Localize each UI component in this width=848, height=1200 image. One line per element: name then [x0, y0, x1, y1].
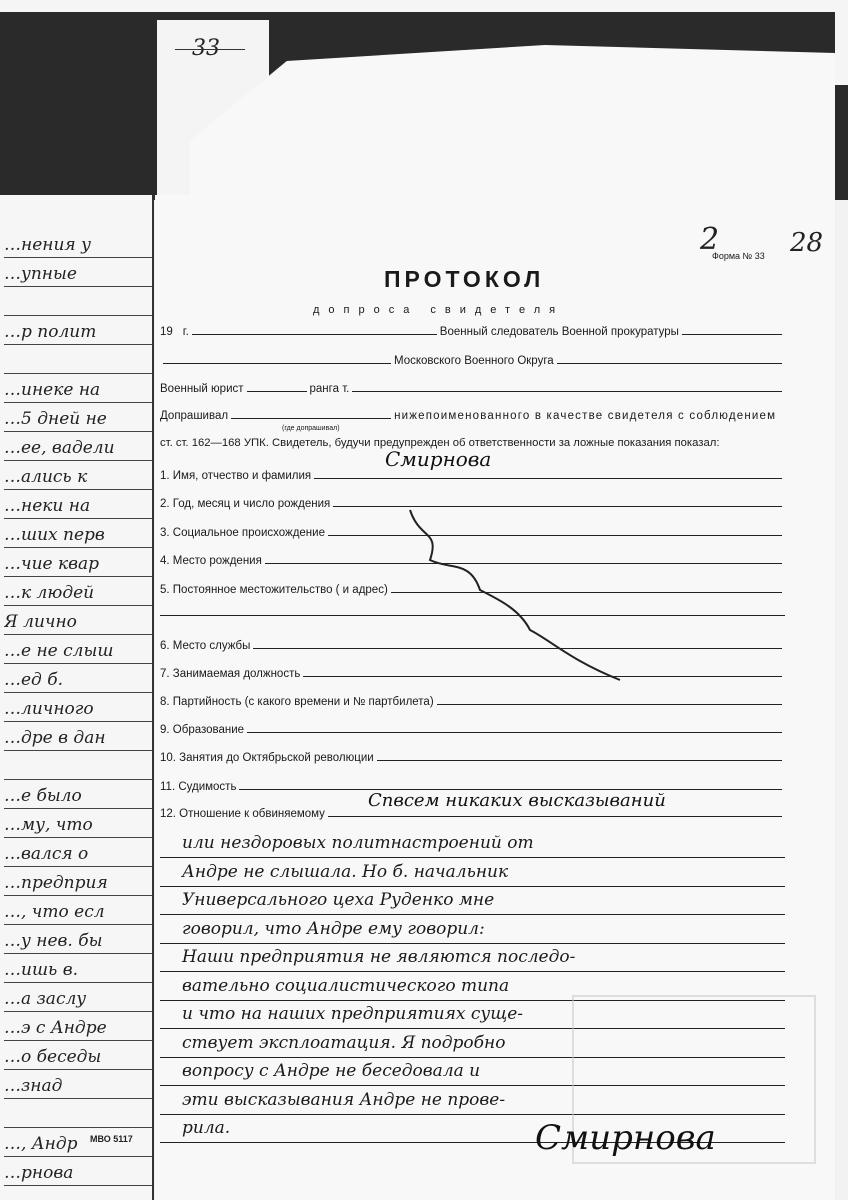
testimony-line: Универсального цеха Руденко мне	[160, 885, 785, 915]
header-row-3: Военный юрист ранга т.	[160, 383, 785, 395]
left-page-line: …, что есл	[4, 902, 152, 925]
left-page-line: …ишь в.	[4, 960, 152, 983]
field-label: 2. Год, месяц и число рождения	[160, 498, 330, 510]
field-value: Спвсем никаких высказываний	[368, 790, 666, 811]
field-label: 8. Партийность (с какого времени и № пар…	[160, 696, 434, 708]
handwritten-mark-2: 28	[790, 228, 823, 258]
left-page-line: Я лично	[4, 612, 152, 635]
field-label: 3. Социальное происхождение	[160, 527, 325, 539]
left-page-line: …е было	[4, 786, 152, 809]
form-field-row: 9. Образование	[160, 724, 785, 736]
field-label: 5. Постоянное местожительство ( и адрес)	[160, 584, 388, 596]
testimony-line: Наши предприятия не являются последо-	[160, 942, 785, 972]
form-field-row: 8. Партийность (с какого времени и № пар…	[160, 696, 785, 708]
left-page-line: …вался о	[4, 844, 152, 867]
left-page-line: …инеке на	[4, 380, 152, 403]
witness-signature: Смирнова	[535, 1118, 716, 1158]
witness-note: нижепоименованного в качестве свидетеля …	[394, 410, 776, 422]
left-page-line: …ших перв	[4, 525, 152, 548]
left-page-line: …к людей	[4, 583, 152, 606]
left-page-line: …э с Андре	[4, 1018, 152, 1041]
investigator-label: Военный следователь Военной прокуратуры	[440, 326, 679, 338]
left-page-line	[4, 757, 152, 780]
left-page-line: …личного	[4, 699, 152, 722]
left-page-line	[4, 293, 152, 316]
district-label: Московского Военного Округа	[394, 355, 554, 367]
jurist-label: Военный юрист	[160, 383, 244, 395]
field-label: 11. Судимость	[160, 781, 236, 793]
diagonal-scrawl	[400, 500, 640, 690]
form-field-row: 1. Имя, отчество и фамилия	[160, 470, 785, 482]
left-page-line: …предприя	[4, 873, 152, 896]
left-page-line: …о беседы	[4, 1047, 152, 1070]
field-label: 9. Образование	[160, 724, 244, 736]
left-page-line: …ее, вадели	[4, 438, 152, 461]
form-number: Форма № 33	[712, 251, 765, 261]
field-label: 1. Имя, отчество и фамилия	[160, 470, 311, 482]
field-label: 7. Занимаемая должность	[160, 668, 300, 680]
header-row-4: Допрашивал нижепоименованного в качестве…	[160, 410, 785, 422]
field-value: Смирнова	[385, 447, 491, 471]
left-page-line: …неки на	[4, 496, 152, 519]
document-title: ПРОТОКОЛ	[384, 266, 544, 293]
left-page-line: …е не слыш	[4, 641, 152, 664]
year-prefix: 19	[160, 326, 173, 338]
left-page-line: …р полит	[4, 322, 152, 345]
left-page-line	[4, 1105, 152, 1128]
rank-label: ранга т.	[310, 383, 350, 395]
left-page-line: …а заслу	[4, 989, 152, 1012]
background-strip	[0, 0, 848, 12]
left-page-line: …дре в дан	[4, 728, 152, 751]
main-page-torn-top	[190, 45, 835, 205]
field-label: 10. Занятия до Октябрьской революции	[160, 752, 374, 764]
document-subtitle: допроса свидетеля	[313, 304, 564, 316]
field-label: 6. Место службы	[160, 640, 250, 652]
header-row-2: Московского Военного Округа	[160, 355, 785, 367]
background-edge	[835, 10, 848, 85]
year-suffix: г.	[183, 326, 189, 338]
form-code: МВО 5117	[90, 1134, 133, 1144]
testimony-line: или нездоровых политнастроений от	[160, 828, 785, 858]
left-page-line: …нения у	[4, 235, 152, 258]
left-page-line: …му, что	[4, 815, 152, 838]
interrogated-label: Допрашивал	[160, 410, 228, 422]
header-row-1: 19 г. Военный следователь Военной прокур…	[160, 326, 785, 338]
field-label: 12. Отношение к обвиняемому	[160, 808, 325, 820]
left-page-line	[4, 351, 152, 374]
where-caption: (где допрашивал)	[282, 425, 340, 432]
left-page-line: …знад	[4, 1076, 152, 1099]
left-page-line: …чие квар	[4, 554, 152, 577]
page-number-strike	[175, 49, 245, 50]
left-page-line: …рнова	[4, 1163, 152, 1186]
previous-page: …нения у…упные…р полит…инеке на…5 дней н…	[0, 195, 154, 1200]
testimony-line: говорил, что Андре ему говорил:	[160, 914, 785, 944]
left-page-line: …ались к	[4, 467, 152, 490]
left-page-line: …упные	[4, 264, 152, 287]
field-label: 4. Место рождения	[160, 555, 262, 567]
form-field-row: 10. Занятия до Октябрьской революции	[160, 752, 785, 764]
left-page-line: …у нев. бы	[4, 931, 152, 954]
testimony-line: Андре не слышала. Но б. начальник	[160, 857, 785, 887]
left-page-line: …5 дней не	[4, 409, 152, 432]
left-page-line: …ед б.	[4, 670, 152, 693]
